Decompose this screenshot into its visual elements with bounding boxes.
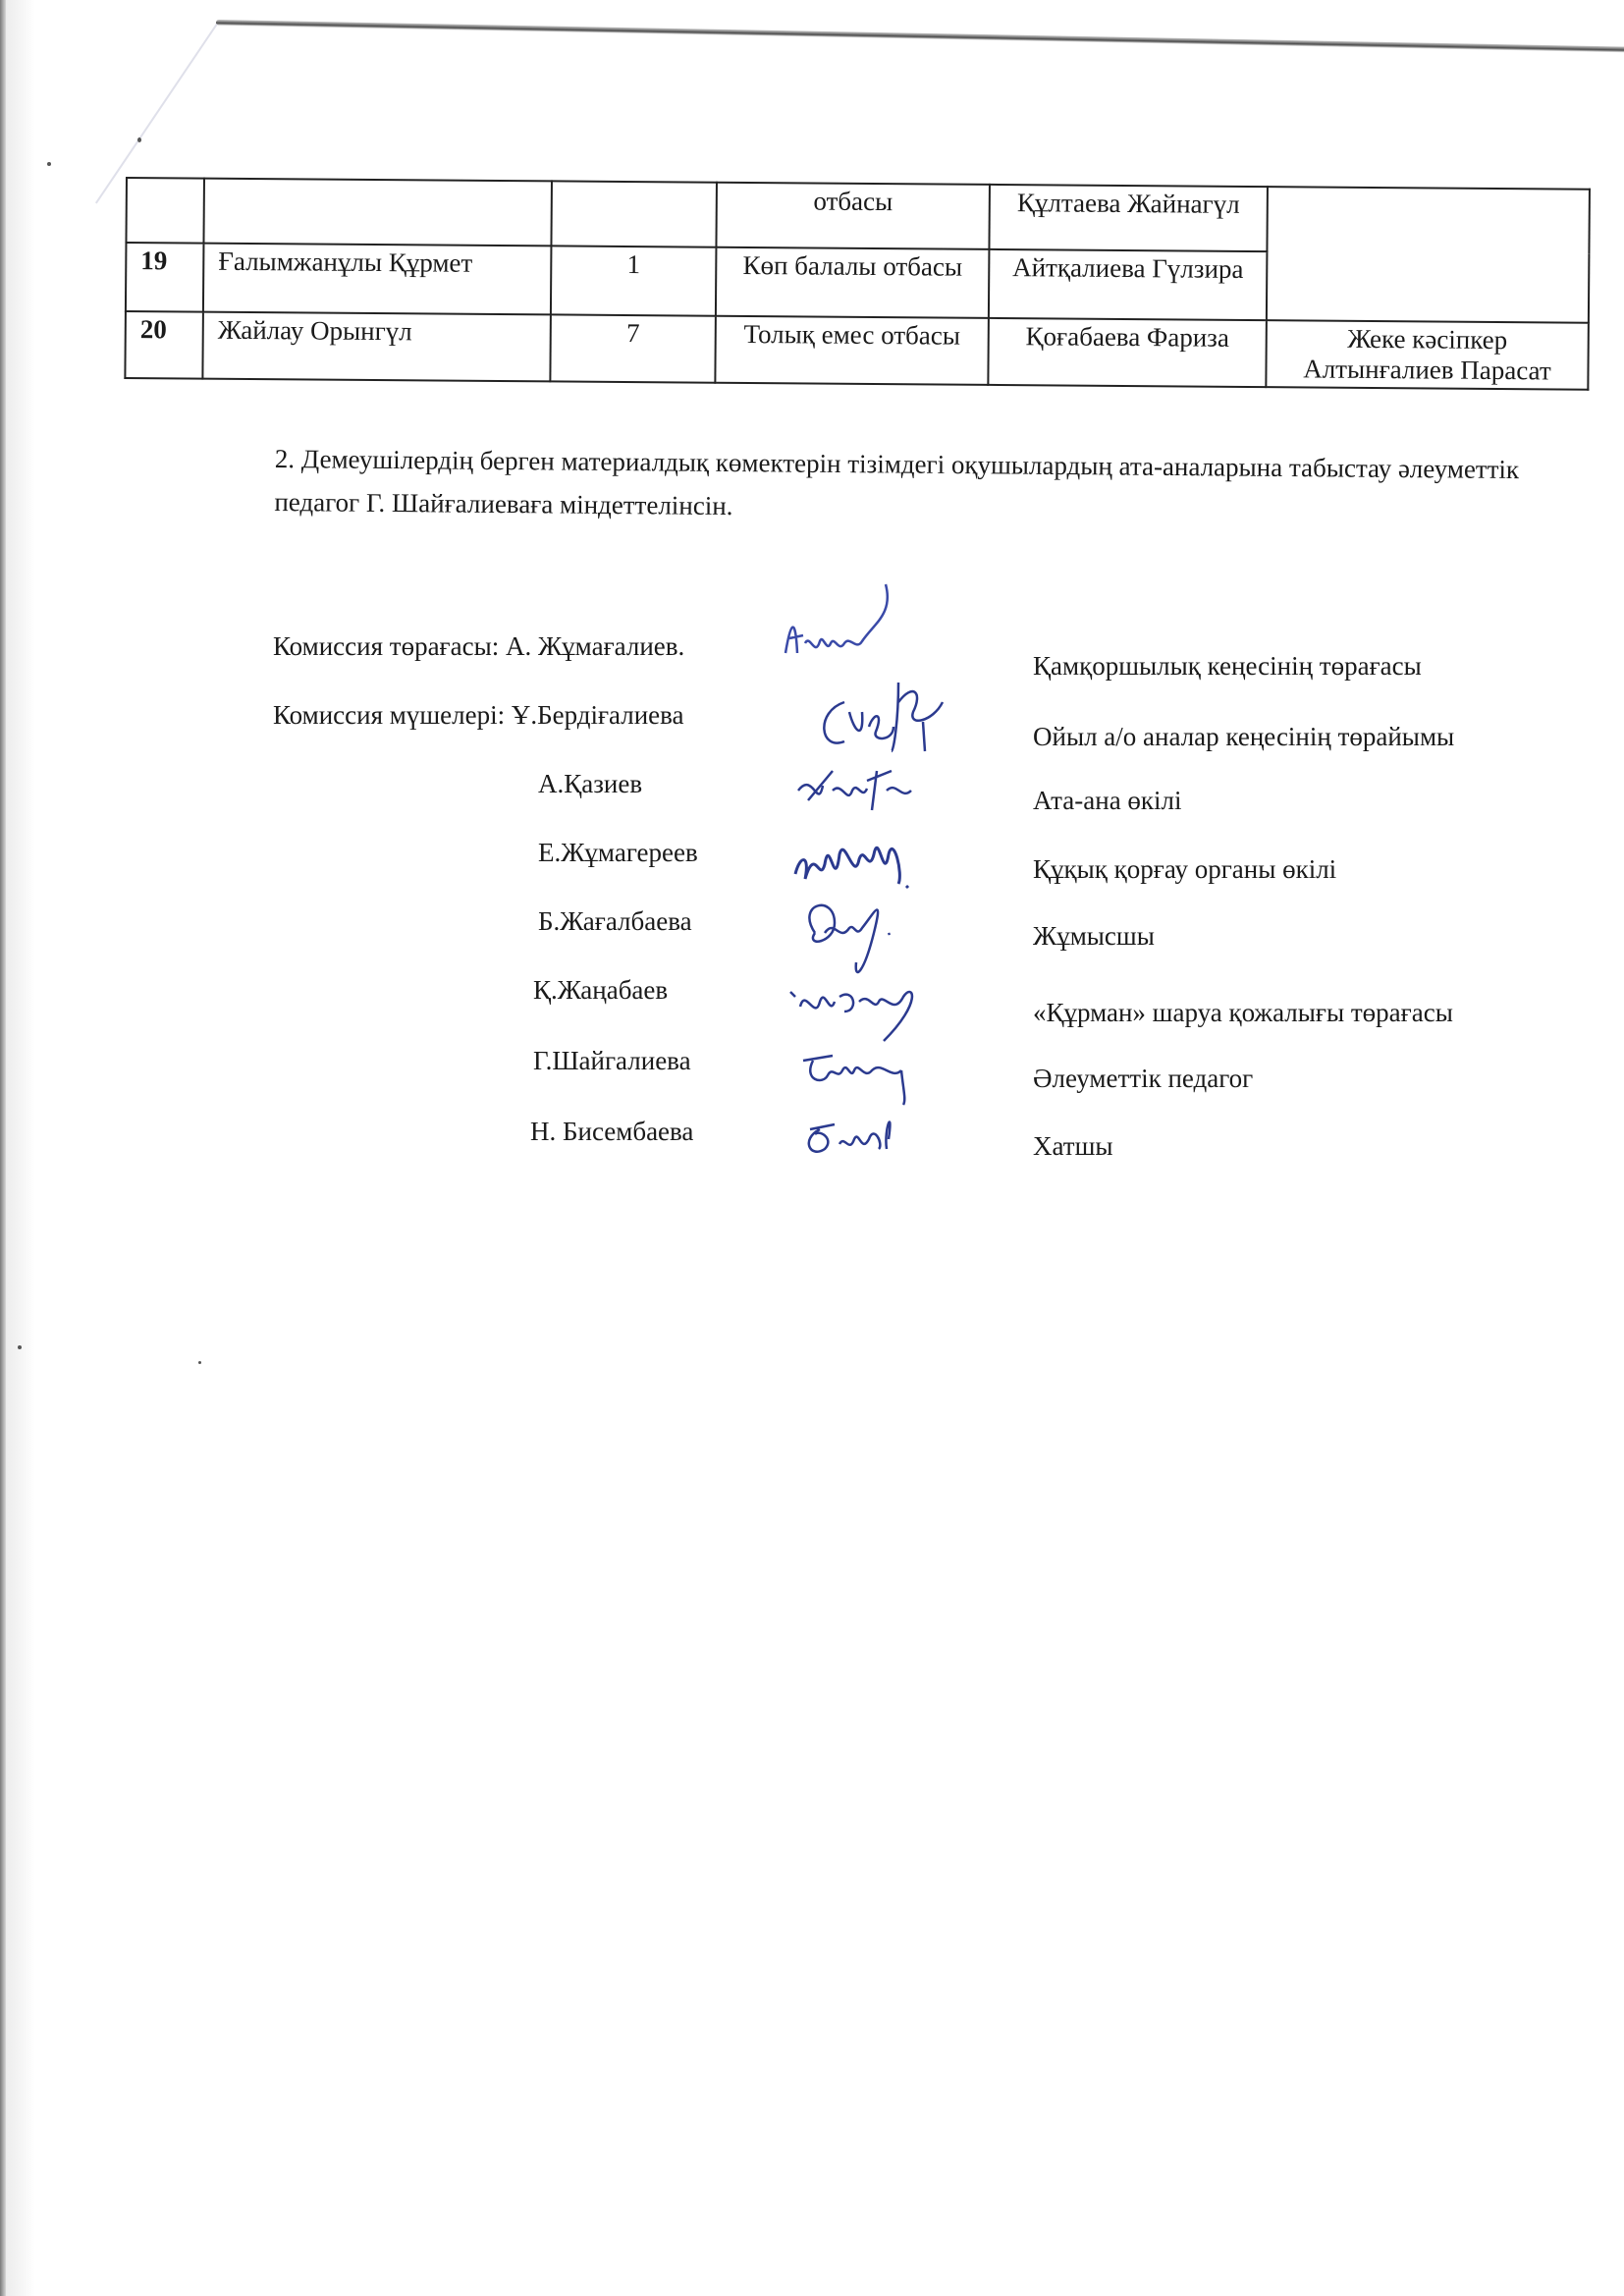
member-role: Ата-ана өкілі xyxy=(1033,786,1182,816)
member-role: Хатшы xyxy=(1033,1131,1113,1162)
member-name: Г.Шайгалиева xyxy=(533,1046,691,1076)
member-name: Б.Жағалбаева xyxy=(538,906,692,937)
scan-speck xyxy=(18,1345,22,1349)
member-name: Қ.Жаңабаев xyxy=(533,975,668,1006)
commission-signatures: Комиссия төрағасы: А. Жұмағалиев. Қамқор… xyxy=(0,0,1624,1277)
chair-label: Комиссия төрағасы: А. Жұмағалиев. xyxy=(273,631,684,662)
scan-speck xyxy=(198,1361,201,1364)
member-role: «Құрман» шаруа қожалығы төрағасы xyxy=(1033,998,1453,1028)
member-role: Әлеуметтік педагог xyxy=(1033,1064,1253,1094)
members-label: Комиссия мүшелері: Ұ.Бердіғалиева xyxy=(273,700,684,731)
member-name: А.Қазиев xyxy=(538,769,642,799)
first-member-role: Ойыл а/о аналар кеңесінің төрайымы xyxy=(1033,722,1454,752)
member-role: Жұмысшы xyxy=(1033,921,1155,952)
signature-member-2 xyxy=(793,761,921,825)
signature-member-1 xyxy=(815,673,952,766)
signature-member-7 xyxy=(800,1100,908,1174)
member-name: Н. Бисембаева xyxy=(530,1117,693,1147)
chair-role: Қамқоршылық кеңесінің төрағасы xyxy=(1033,651,1422,682)
member-name: Е.Жұмагереев xyxy=(538,838,698,868)
member-role: Құқық қорғау органы өкілі xyxy=(1033,854,1336,885)
signature-member-5 xyxy=(785,972,933,1046)
